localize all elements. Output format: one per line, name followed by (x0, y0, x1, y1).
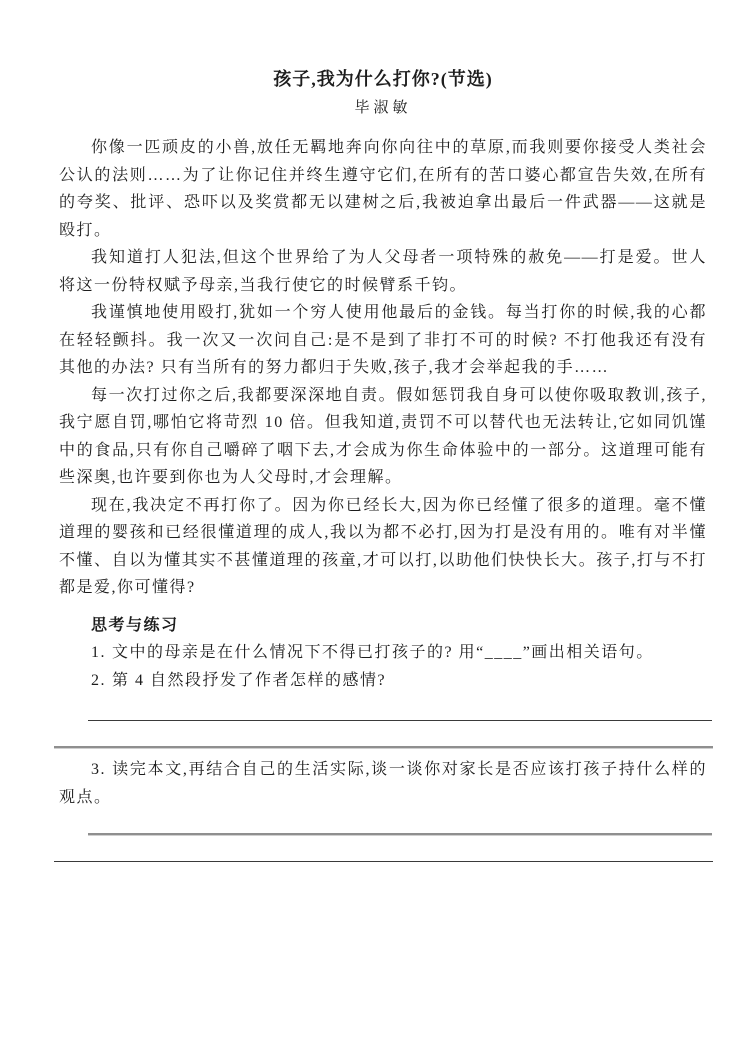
question-2: 2.第 4 自然段抒发了作者怎样的感情? (59, 667, 707, 695)
paragraph: 我谨慎地使用殴打,犹如一个穷人使用他最后的金钱。每当打你的时候,我的心都在轻轻颤… (59, 299, 707, 382)
question-text: 读完本文,再结合自己的生活实际,谈一谈你对家长是否应该打孩子持什么样的观点。 (59, 761, 707, 806)
answer-blank-line (88, 833, 712, 836)
separator-line (54, 746, 713, 749)
question-number: 1. (91, 644, 106, 661)
document-page: 孩子,我为什么打你?(节选) 毕淑敏 你像一匹顽皮的小兽,放任无羁地奔向你向往中… (0, 0, 752, 1047)
question-number: 2. (91, 672, 106, 689)
question-text: 第 4 自然段抒发了作者怎样的感情? (112, 672, 386, 689)
question-1: 1.文中的母亲是在什么情况下不得已打孩子的? 用“____”画出相关语句。 (59, 639, 707, 667)
exercise-section: 思考与练习 1.文中的母亲是在什么情况下不得已打孩子的? 用“____”画出相关… (59, 612, 707, 863)
separator-line (54, 861, 713, 862)
exercise-heading: 思考与练习 (59, 612, 707, 640)
author-name: 毕淑敏 (59, 94, 707, 122)
question-number: 3. (91, 761, 106, 778)
paragraph: 你像一匹顽皮的小兽,放任无羁地奔向你向往中的草原,而我则要你接受人类社会公认的法… (59, 134, 707, 244)
page-title: 孩子,我为什么打你?(节选) (59, 64, 707, 94)
answer-blank-line (88, 720, 712, 721)
question-3: 3.读完本文,再结合自己的生活实际,谈一谈你对家长是否应该打孩子持什么样的观点。 (59, 756, 707, 811)
paragraph: 我知道打人犯法,但这个世界给了为人父母者一项特殊的赦免——打是爱。世人将这一份特… (59, 244, 707, 299)
paragraph: 每一次打过你之后,我都要深深地自责。假如惩罚我自身可以使你吸取教训,孩子,我宁愿… (59, 382, 707, 492)
article-body: 你像一匹顽皮的小兽,放任无羁地奔向你向往中的草原,而我则要你接受人类社会公认的法… (59, 134, 707, 602)
paragraph: 现在,我决定不再打你了。因为你已经长大,因为你已经懂了很多的道理。毫不懂道理的婴… (59, 492, 707, 602)
question-text: 文中的母亲是在什么情况下不得已打孩子的? 用“____”画出相关语句。 (112, 644, 654, 661)
